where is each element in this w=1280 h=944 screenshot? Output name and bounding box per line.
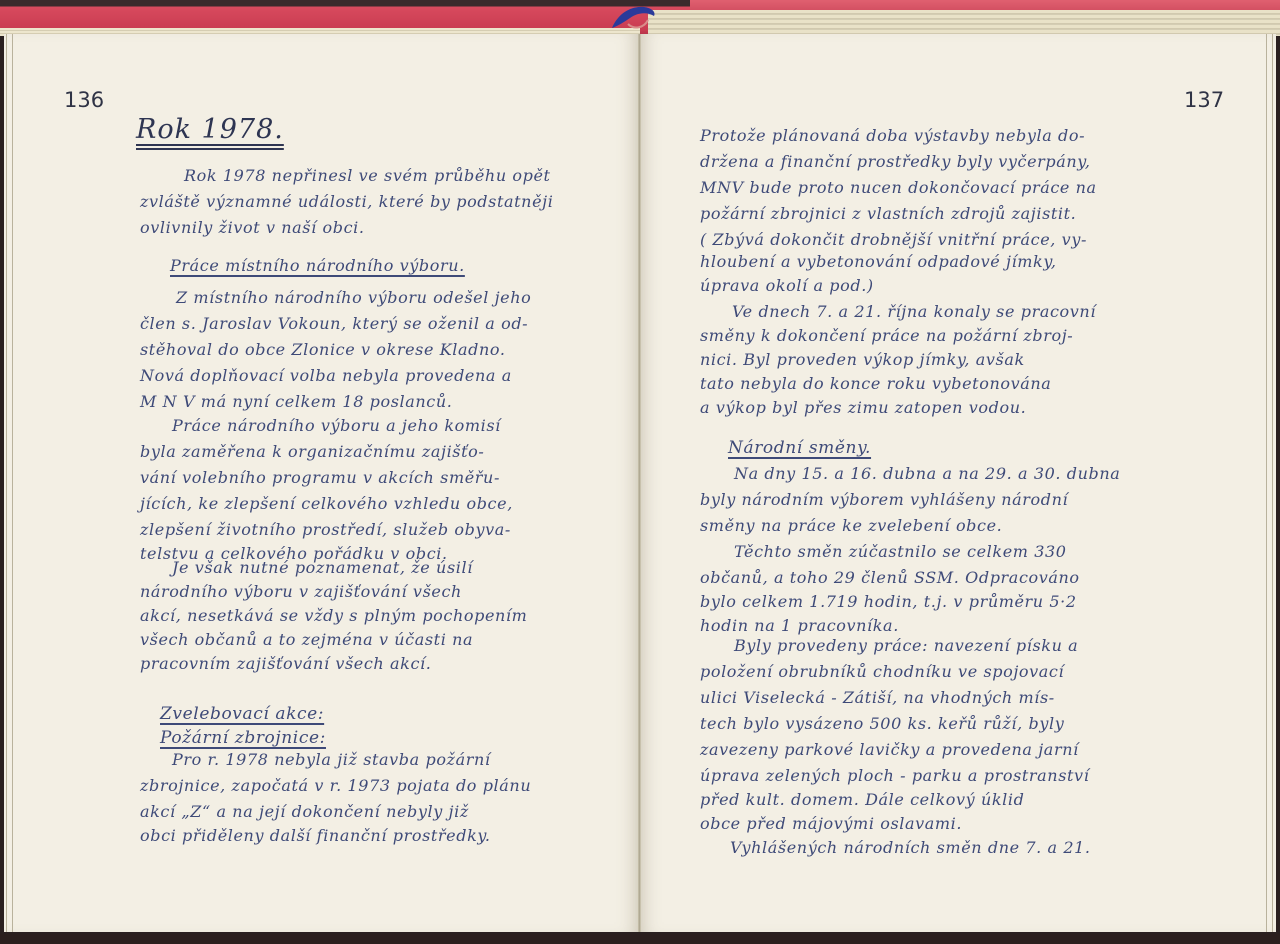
text-line: byla zaměřena k organizačnímu zajišťo- <box>140 444 484 460</box>
text-line: před kult. domem. Dále celkový úklid <box>700 792 1024 808</box>
text-line: směny k dokončení práce na požární zbroj… <box>700 328 1073 344</box>
text-line: zbrojnice, započatá v r. 1973 pojata do … <box>140 778 531 794</box>
left-leaf-edge <box>6 34 7 932</box>
page-title: Rok 1978. <box>136 116 284 143</box>
page-number-left: 136 <box>64 88 104 112</box>
text-line: hodin na 1 pracovníka. <box>700 618 899 634</box>
text-line: člen s. Jaroslav Vokoun, který se oženil… <box>140 316 528 332</box>
text-line: Ve dnech 7. a 21. října konaly se pracov… <box>732 304 1096 320</box>
text-line: směny na práce ke zvelebení obce. <box>700 518 1002 534</box>
text-line: národního výboru v zajišťování všech <box>140 584 462 600</box>
text-line: úprava okolí a pod.) <box>700 278 874 294</box>
section-heading-narodni-smeny: Národní směny. <box>728 440 871 457</box>
text-line: Na dny 15. a 16. dubna a na 29. a 30. du… <box>734 466 1120 482</box>
text-line: a výkop byl přes zimu zatopen vodou. <box>700 400 1026 416</box>
text-line: hloubení a vybetonování odpadové jímky, <box>700 254 1057 270</box>
text-line: ulici Viselecká - Zátiší, na vhodných mí… <box>700 690 1055 706</box>
text-line: Práce národního výboru a jeho komisí <box>172 418 501 434</box>
text-line: bylo celkem 1.719 hodin, t.j. v průměru … <box>700 594 1077 610</box>
intro-line: ovlivnily život v naší obci. <box>140 220 365 236</box>
text-line: ( Zbývá dokončit drobnější vnitřní práce… <box>700 232 1087 248</box>
intro-line: Rok 1978 nepřinesl ve svém průběhu opět <box>184 168 551 184</box>
text-line: pracovním zajišťování všech akcí. <box>140 656 431 672</box>
text-line: jících, ke zlepšení celkového vzhledu ob… <box>140 496 513 512</box>
right-page-stack-edges <box>648 10 1280 36</box>
text-line: položení obrubníků chodníku ve spojovací <box>700 664 1064 680</box>
text-line: úprava zelených ploch - parku a prostran… <box>700 768 1089 784</box>
text-line: akcí, nesetkává se vždy s plným pochopen… <box>140 608 527 624</box>
text-line: požární zbrojnici z vlastních zdrojů zaj… <box>700 206 1076 222</box>
text-line: držena a finanční prostředky byly vyčerp… <box>700 154 1091 170</box>
text-line: obce před májovými oslavami. <box>700 816 962 832</box>
bookmark-ribbon-icon <box>608 4 660 30</box>
text-line: obci přiděleny další finanční prostředky… <box>140 828 491 844</box>
text-line: Byly provedeny práce: navezení písku a <box>734 638 1078 654</box>
text-line: byly národním výborem vyhlášeny národní <box>700 492 1068 508</box>
left-leaf-edge <box>12 34 13 932</box>
text-line: Protože plánovaná doba výstavby nebyla d… <box>700 128 1085 144</box>
text-line: akcí „Z“ a na její dokončení nebyly již <box>140 804 469 820</box>
text-line: MNV bude proto nucen dokončovací práce n… <box>700 180 1097 196</box>
intro-line: zvláště významné události, které by pods… <box>140 194 553 210</box>
text-line: Nová doplňovací volba nebyla provedena a <box>140 368 512 384</box>
text-line: zavezeny parkové lavičky a provedena jar… <box>700 742 1079 758</box>
text-line: Vyhlášených národních směn dne 7. a 21. <box>730 840 1091 856</box>
text-line: Je však nutné poznamenat, že úsilí <box>172 560 473 576</box>
right-leaf-edge <box>1272 34 1273 932</box>
text-line: stěhoval do obce Zlonice v okrese Kladno… <box>140 342 506 358</box>
text-line: Z místního národního výboru odešel jeho <box>176 290 531 306</box>
page-number-right: 137 <box>1184 88 1224 112</box>
book-cover-bottom <box>0 934 1280 944</box>
text-line: nici. Byl proveden výkop jímky, avšak <box>700 352 1025 368</box>
text-line: všech občanů a to zejména v účasti na <box>140 632 473 648</box>
book-gutter <box>638 34 641 932</box>
right-leaf-edge <box>1266 34 1267 932</box>
text-line: Pro r. 1978 nebyla již stavba požární <box>172 752 491 768</box>
text-line: tech bylo vysázeno 500 ks. keřů růží, by… <box>700 716 1064 732</box>
text-line: vání volebního programu v akcích směřu- <box>140 470 500 486</box>
text-line: zlepšení životního prostředí, služeb oby… <box>140 522 511 538</box>
text-line: M N V má nyní celkem 18 poslanců. <box>140 394 452 410</box>
text-line: občanů, a toho 29 členů SSM. Odpracováno <box>700 570 1080 586</box>
section-subheading-zbrojnice: Požární zbrojnice: <box>160 730 326 747</box>
text-line: Těchto směn zúčastnilo se celkem 330 <box>734 544 1067 560</box>
text-line: tato nebyla do konce roku vybetonována <box>700 376 1051 392</box>
section-heading-zvelebovaci: Zvelebovací akce: <box>160 706 324 723</box>
section-heading-mnv: Práce místního národního výboru. <box>170 258 465 274</box>
